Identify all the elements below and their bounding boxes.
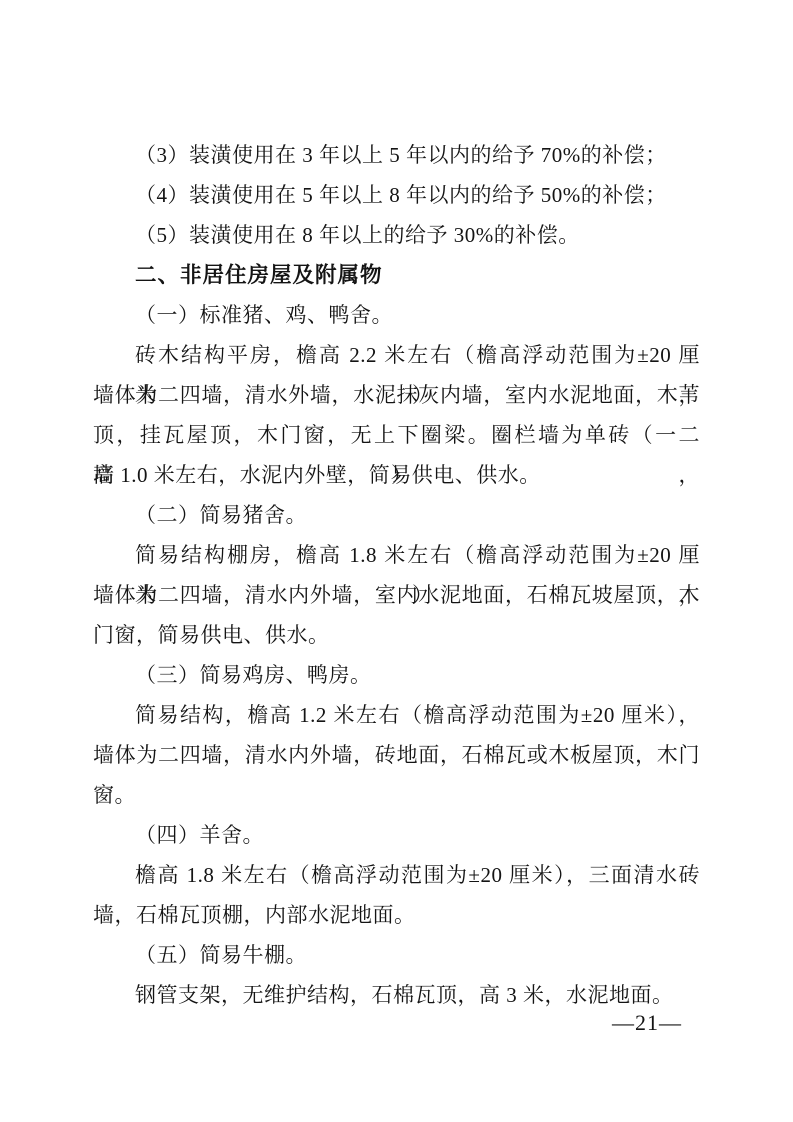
footer-page-number: —21— [612,1008,682,1038]
document-line: （一）标准猪、鸡、鸭舍。 [93,295,700,335]
document-line: （5）装潢使用在 8 年以上的给予 30%的补偿。 [93,215,700,255]
document-line: 墙体为二四墙，清水内外墙，砖地面，石棉瓦或木板屋顶，木门 [93,735,700,775]
document-line: 简易结构，檐高 1.2 米左右（檐高浮动范围为±20 厘米）， [93,695,700,735]
document-line: 檐高 1.8 米左右（檐高浮动范围为±20 厘米），三面清水砖 [93,855,700,895]
document-text-block: （3）装潢使用在 3 年以上 5 年以内的给予 70%的补偿；（4）装潢使用在 … [93,135,700,1015]
document-page: （3）装潢使用在 3 年以上 5 年以内的给予 70%的补偿；（4）装潢使用在 … [0,0,793,1122]
document-line: 墙体为二四墙，清水内外墙，室内水泥地面，石棉瓦坡屋顶，木 [93,575,700,615]
document-line: 钢管支架，无维护结构，石棉瓦顶，高 3 米，水泥地面。 [93,975,700,1015]
document-line: （4）装潢使用在 5 年以上 8 年以内的给予 50%的补偿； [93,175,700,215]
document-line: （三）简易鸡房、鸭房。 [93,655,700,695]
document-line: 顶，挂瓦屋顶，木门窗，无上下圈梁。圈栏墙为单砖（一二墙）， [93,415,700,455]
document-line: 墙体为二四墙，清水外墙，水泥抹灰内墙，室内水泥地面，木苇 [93,375,700,415]
document-line: 墙，石棉瓦顶棚，内部水泥地面。 [93,895,700,935]
document-line: （四）羊舍。 [93,815,700,855]
document-line: （3）装潢使用在 3 年以上 5 年以内的给予 70%的补偿； [93,135,700,175]
document-line: 门窗，简易供电、供水。 [93,615,700,655]
document-line: 简易结构棚房，檐高 1.8 米左右（檐高浮动范围为±20 厘米）， [93,535,700,575]
section-heading: 二、非居住房屋及附属物 [93,255,700,295]
document-line: （五）简易牛棚。 [93,935,700,975]
document-line: （二）简易猪舍。 [93,495,700,535]
document-line: 砖木结构平房，檐高 2.2 米左右（檐高浮动范围为±20 厘米）， [93,335,700,375]
document-line: 窗。 [93,775,700,815]
